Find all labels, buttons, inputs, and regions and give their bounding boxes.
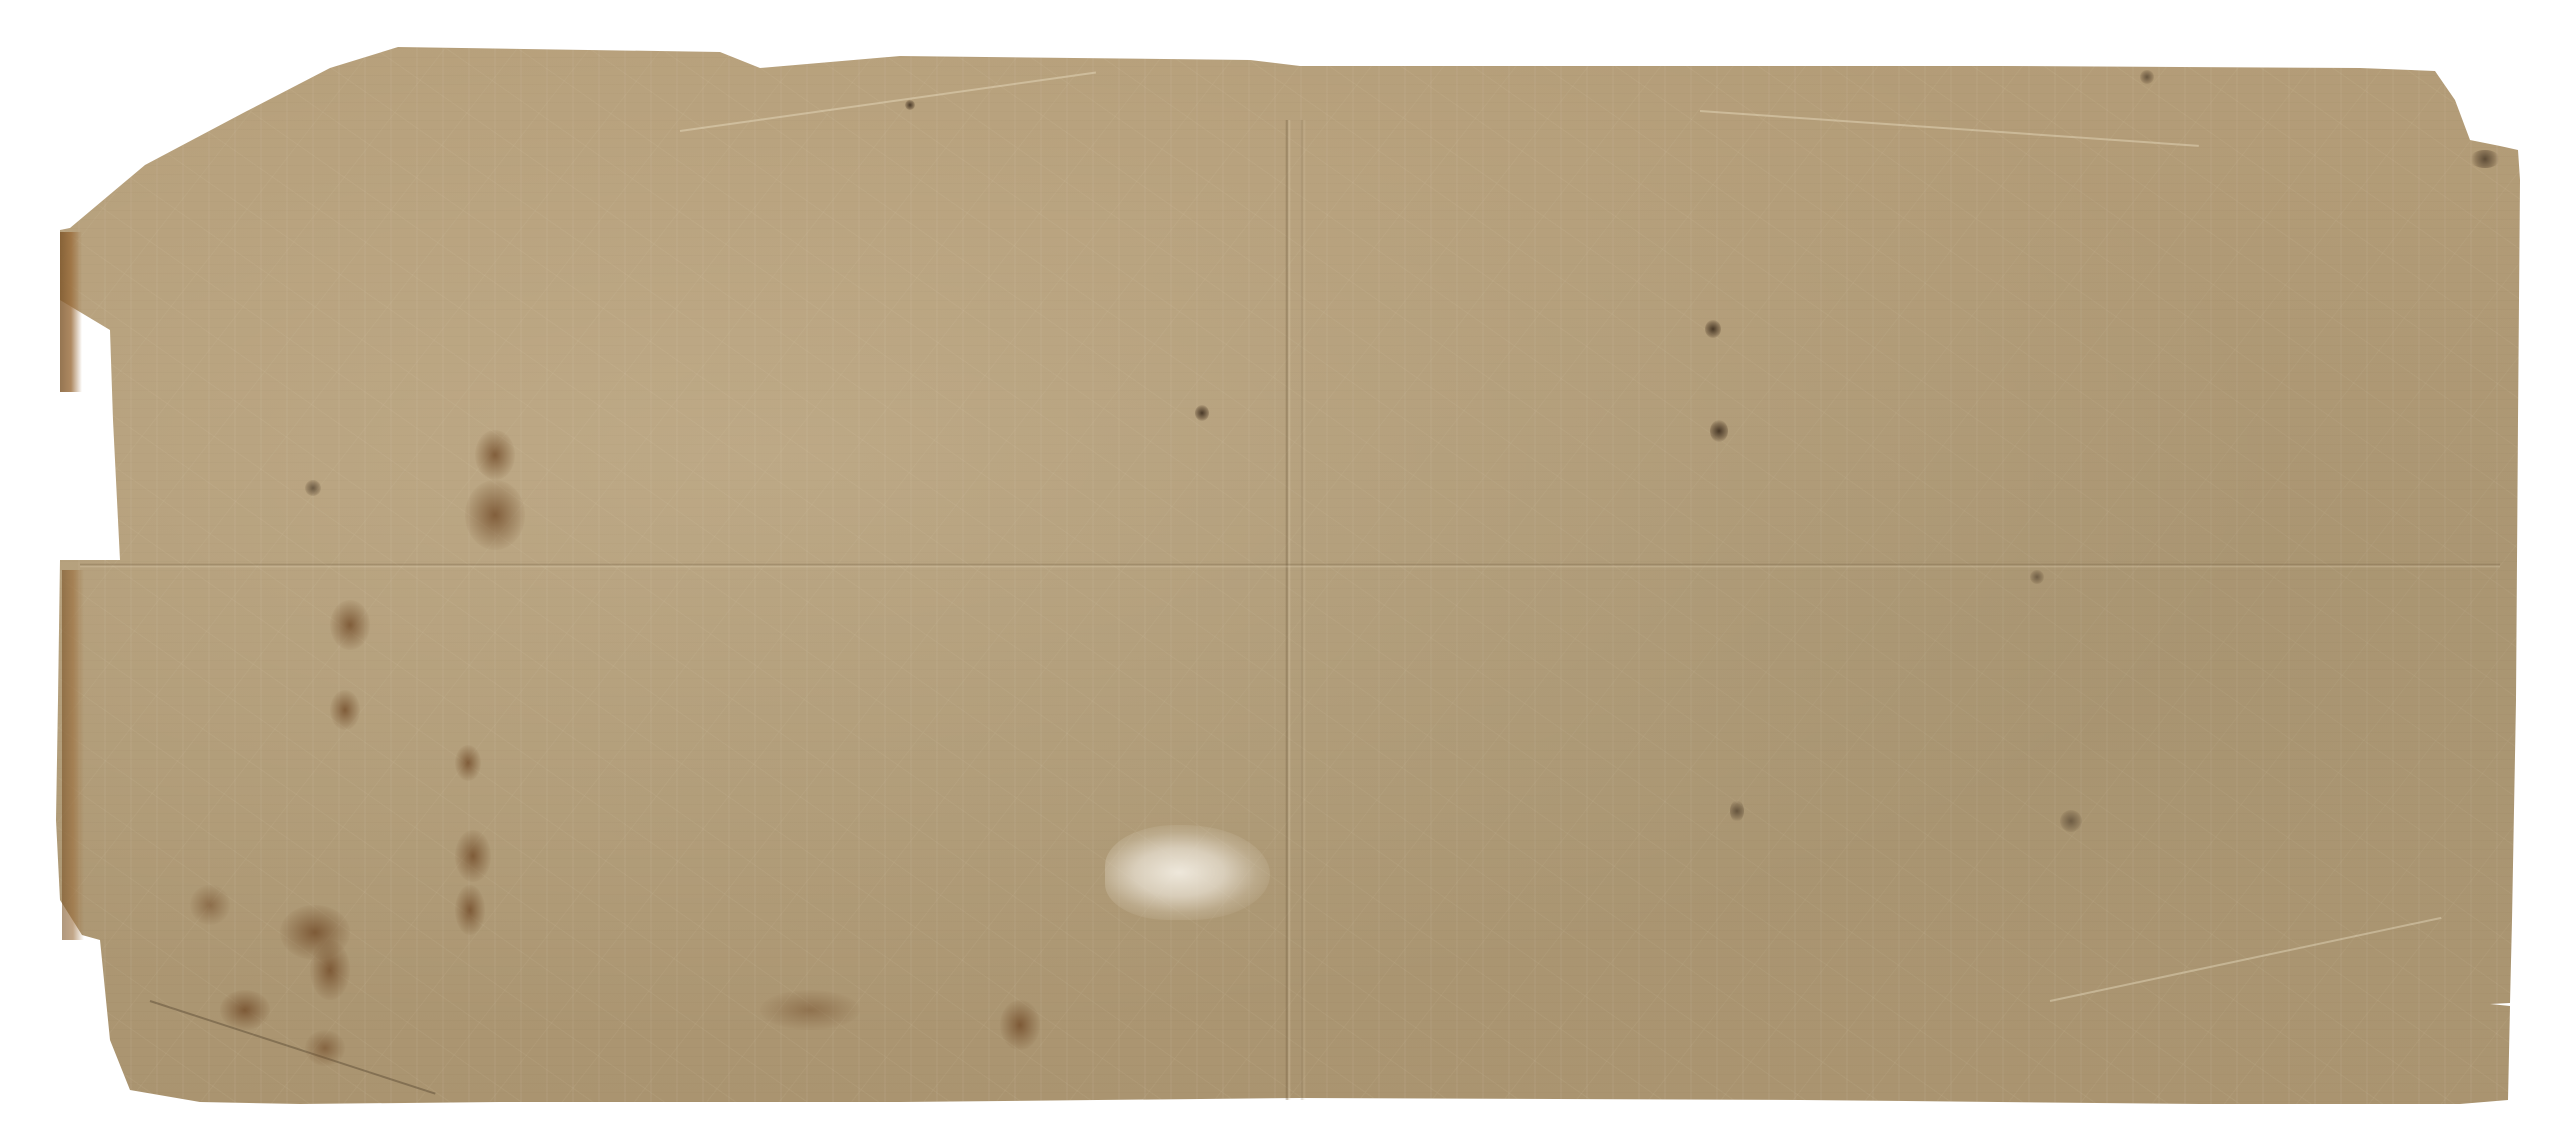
stain [305, 1030, 345, 1066]
spot [1710, 420, 1728, 442]
vertical-fold-secondary [1300, 120, 1306, 1100]
vertical-fold [1285, 120, 1291, 1100]
spot [2060, 810, 2082, 832]
stain [475, 430, 515, 480]
stain [310, 940, 350, 1000]
spot [2470, 150, 2500, 168]
faded-print-top [560, 140, 599, 208]
spot [1705, 320, 1721, 338]
stain [330, 600, 370, 650]
stain [1000, 1000, 1040, 1050]
stain [190, 885, 230, 925]
stain [330, 690, 360, 730]
stain [465, 480, 525, 550]
spot [2030, 570, 2044, 584]
left-edge-stain-lower [62, 570, 84, 940]
stain [455, 745, 481, 781]
spot [1195, 405, 1209, 421]
stain [760, 990, 860, 1030]
spot [905, 100, 915, 110]
left-edge-stain [60, 232, 82, 392]
stain [455, 885, 485, 935]
stain [455, 830, 491, 882]
horizontal-fold [80, 563, 2500, 568]
spot [2140, 70, 2154, 84]
paper-sheet [0, 0, 2560, 1138]
spot [305, 480, 321, 496]
spot [1730, 800, 1744, 822]
stain [220, 990, 270, 1030]
scan-background [0, 0, 2560, 1138]
abraded-patch [1105, 825, 1270, 920]
